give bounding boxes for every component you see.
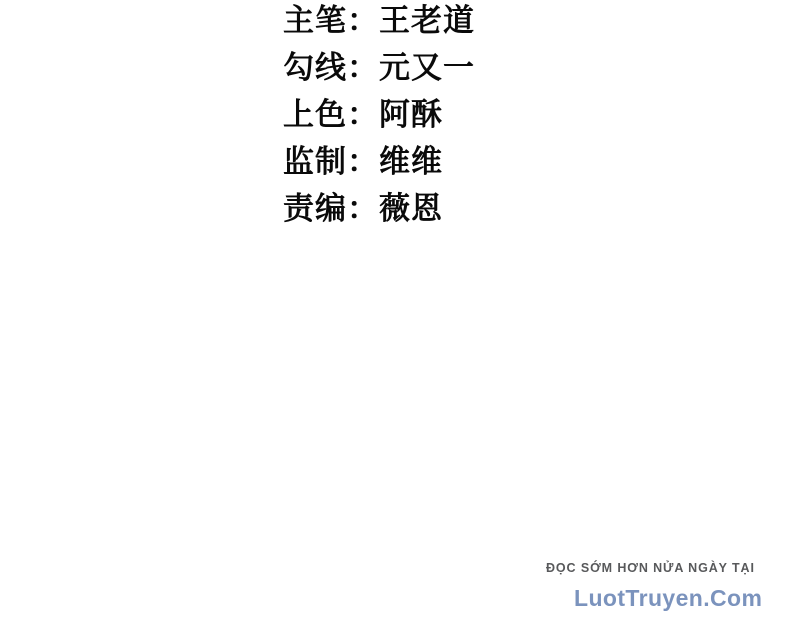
credit-line-editor: 责编：薇恩	[283, 185, 475, 232]
credits-block: 主笔：王老道 勾线：元又一 上色：阿酥 监制：维维 责编：薇恩	[283, 0, 475, 232]
credit-line-main-artist: 主笔：王老道	[283, 0, 475, 44]
watermark-site-name: LuotTruyen.Com	[574, 585, 762, 612]
credit-line-coloring: 上色：阿酥	[283, 91, 475, 138]
watermark-tagline: ĐỌC SỚM HƠN NỬA NGÀY TẠI	[546, 561, 755, 575]
comic-credits-page: 主笔：王老道 勾线：元又一 上色：阿酥 监制：维维 责编：薇恩 ĐỌC SỚM …	[0, 0, 800, 631]
credit-line-supervisor: 监制：维维	[283, 138, 475, 185]
credit-line-line-art: 勾线：元又一	[283, 44, 475, 91]
